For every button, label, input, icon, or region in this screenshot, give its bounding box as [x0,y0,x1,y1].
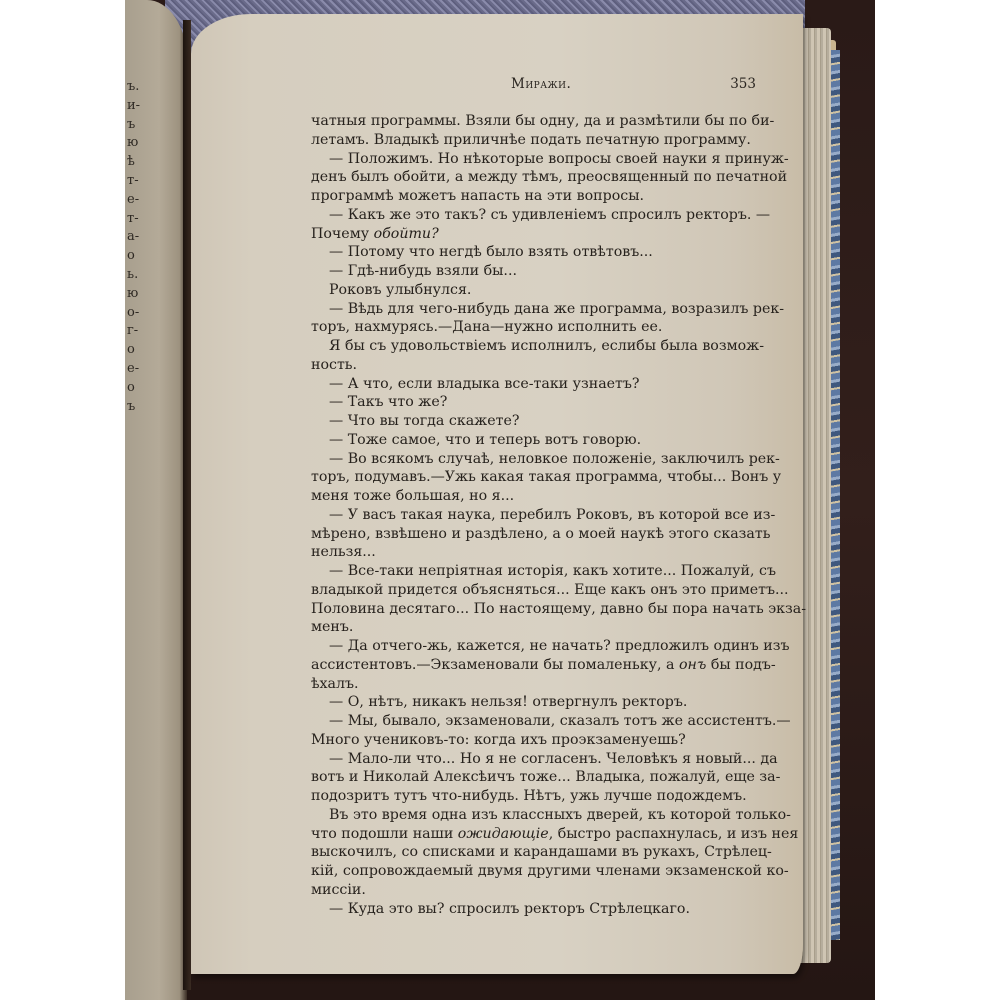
left-page-fragment: ъ [127,116,135,135]
text-line: Половина десятаго... По настоящему, давн… [311,600,758,619]
text-line: нельзя... [311,543,758,562]
text-line: летамъ. Владыкѣ приличнѣе подать печатну… [311,131,758,150]
book-photo: ъ.и-ъюѣт-е-т-а-оь.юо-г-ое-оъ Миражи. 353… [125,0,875,1000]
running-title: Миражи. [511,76,571,92]
left-page-fragment: о [127,341,135,360]
text-line: — Потому что негдѣ было взять отвѣтовъ..… [311,243,758,262]
text-line: торъ, подумавъ.—Ужь какая такая программ… [311,468,758,487]
left-page-fragment: о [127,379,135,398]
text-line: чатныя программы. Взяли бы одну, да и ра… [311,112,758,131]
text-line: Роковъ улыбнулся. [311,281,758,300]
text-line: — Вѣдь для чего-нибудь дана же программа… [311,300,758,319]
book-gutter [183,20,191,990]
text-line: менъ. [311,618,758,637]
left-page-fragment: о- [127,304,139,323]
text-line: вотъ и Николай Алексѣичъ тоже... Владыка… [311,768,758,787]
left-page-fragment: и- [127,97,140,116]
text-line: — Что вы тогда скажете? [311,412,758,431]
text-line: владыкой придется объясняться... Еще как… [311,581,758,600]
left-page-fragment: о [127,247,135,266]
text-line: кій, сопровождаемый двумя другими членам… [311,862,758,881]
text-line: Я бы съ удовольствіемъ исполнилъ, еслибы… [311,337,758,356]
left-page-fragment: ю [127,134,138,153]
text-line: Почему обойти? [311,225,758,244]
text-line: — Такъ что же? [311,393,758,412]
text-line: — Тоже самое, что и теперь вотъ говорю. [311,431,758,450]
text-line: — Мало-ли что... Но я не согласенъ. Чело… [311,750,758,769]
text-line: ность. [311,356,758,375]
page-number: 353 [730,76,756,92]
text-line: торъ, нахмурясь.—Дана—нужно исполнить ее… [311,318,758,337]
text-line: программѣ можетъ напасть на эти вопросы. [311,187,758,206]
text-line: — Да отчего-жь, кажется, не начать? пред… [311,637,758,656]
text-line: — О, нѣтъ, никакъ нельзя! отвергнулъ рек… [311,693,758,712]
left-page-fragment: т- [127,210,139,229]
text-line: выскочилъ, со списками и карандашами въ … [311,843,758,862]
left-page-fragment: г- [127,322,138,341]
text-line: мѣрено, взвѣшено и раздѣлено, а о моей н… [311,525,758,544]
italic-emphasis: онъ [679,657,706,673]
text-line: — Все-таки непріятная исторія, какъ хоти… [311,562,758,581]
left-page-fragment: ь. [127,266,138,285]
italic-emphasis: ожидающіе [458,826,549,842]
text-line: — А что, если владыка все-таки узнаетъ? [311,375,758,394]
text-line: — Мы, бывало, экзаменовали, сказалъ тотъ… [311,712,758,731]
text-line: — Гдѣ-нибудь взяли бы... [311,262,758,281]
text-line: — Положимъ. Но нѣкоторые вопросы своей н… [311,150,758,169]
text-line: денъ былъ обойти, а между тѣмъ, преосвящ… [311,168,758,187]
text-line: — Какъ же это такъ? съ удивленіемъ спрос… [311,206,758,225]
left-page-fragment: е- [127,360,139,379]
left-page-fragment: а- [127,228,139,247]
text-line: миссіи. [311,881,758,900]
italic-emphasis: обойти? [374,226,439,242]
left-page-fragment: ѣ [127,153,135,172]
text-line: — Куда это вы? спросилъ ректоръ Стрѣлецк… [311,900,758,919]
left-page: ъ.и-ъюѣт-е-т-а-оь.юо-г-ое-оъ [125,0,187,1000]
text-line: меня тоже большая, но я... [311,487,758,506]
text-line: подозритъ тутъ что-нибудь. Нѣтъ, ужь луч… [311,787,758,806]
right-page: Миражи. 353 чатныя программы. Взяли бы о… [191,14,803,974]
left-page-fragment: ъ [127,398,135,417]
left-page-fragment: т- [127,172,139,191]
left-page-fragment: ю [127,285,138,304]
text-line: — У васъ такая наука, перебилъ Роковъ, в… [311,506,758,525]
text-line: Много учениковъ-то: когда ихъ проэкзамен… [311,731,758,750]
body-text: чатныя программы. Взяли бы одну, да и ра… [311,112,758,918]
left-page-fragment: е- [127,191,139,210]
text-line: ассистентовъ.—Экзаменовали бы помаленьку… [311,656,758,675]
left-page-fragment: ъ. [127,78,139,97]
text-line: Въ это время одна изъ классныхъ дверей, … [311,806,758,825]
text-line: что подошли наши ожидающіе, быстро распа… [311,825,758,844]
text-line: — Во всякомъ случаѣ, неловкое положеніе,… [311,450,758,469]
text-line: ѣхалъ. [311,675,758,694]
